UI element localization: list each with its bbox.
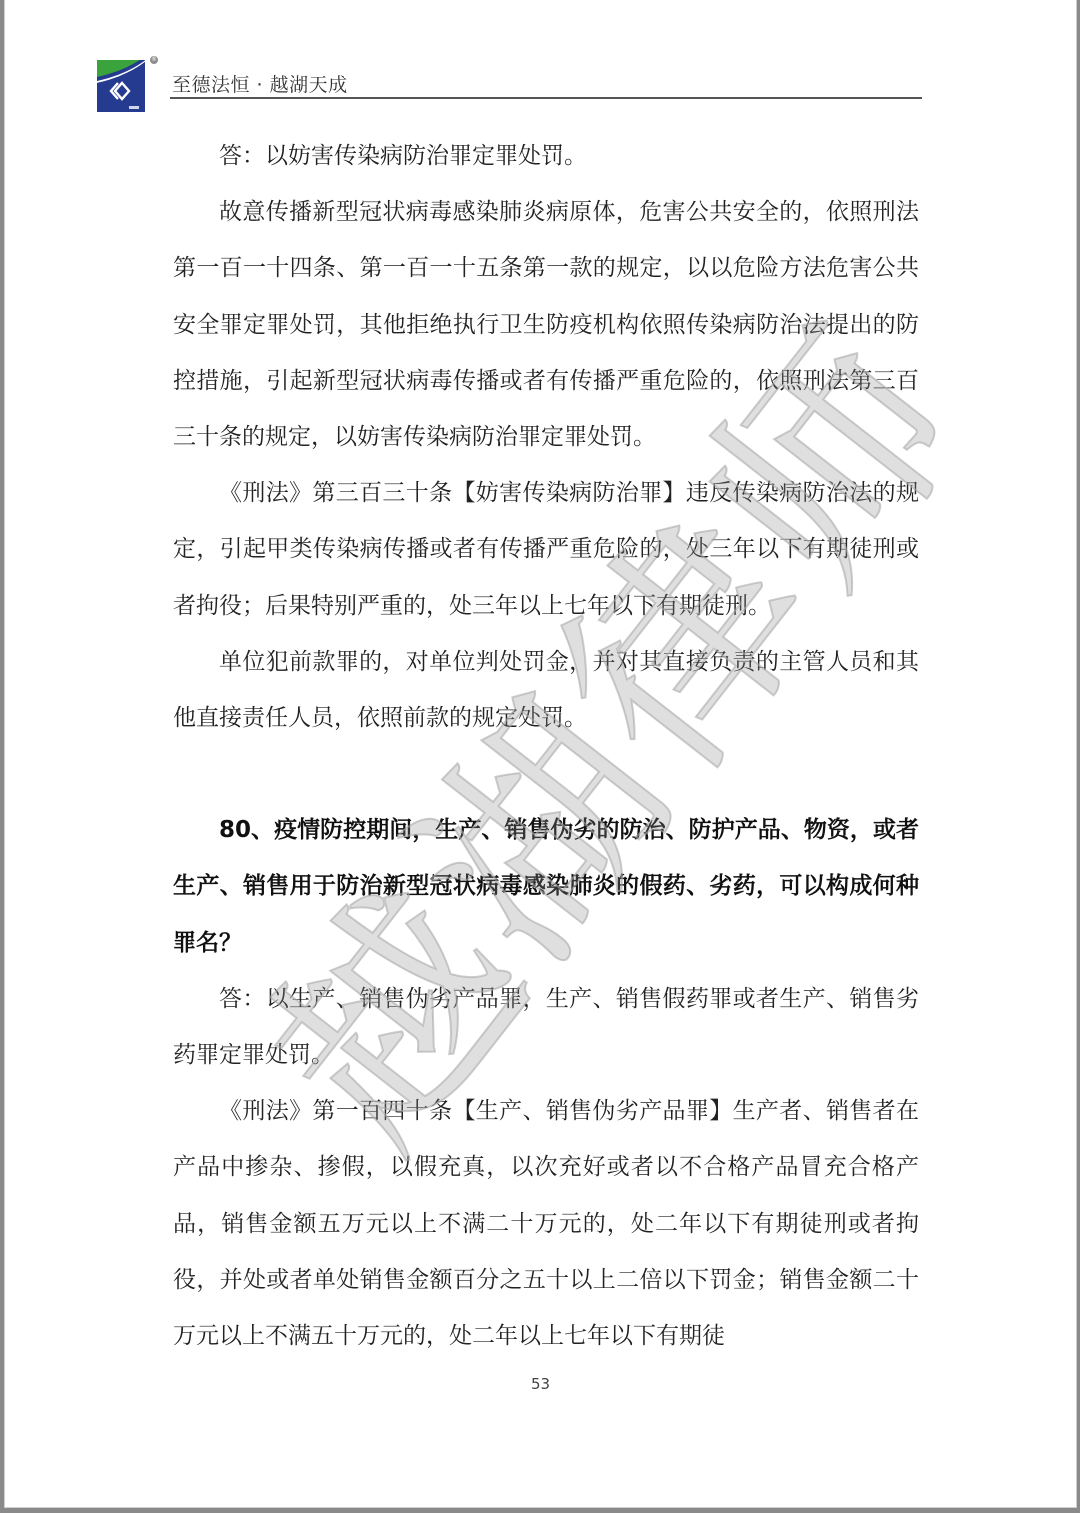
question-heading: 80、疫情防控期间，生产、销售伪劣的防治、防护产品、物资，或者生产、销售用于防治… [173,802,919,971]
answer-paragraph: 答：以生产、销售伪劣产品罪，生产、销售假药罪或者生产、销售劣药罪定罪处罚。 [173,971,919,1083]
page-header: ® 至德法恒 · 越湖天成 [5,0,1076,110]
document-body: 答：以妨害传染病防治罪定罪处罚。 故意传播新型冠状病毒感染肺炎病原体，危害公共安… [173,128,919,1364]
law-article-paragraph: 《刑法》第三百三十条【妨害传染病防治罪】违反传染病防治法的规定，引起甲类传染病传… [173,465,919,634]
body-paragraph: 故意传播新型冠状病毒感染肺炎病原体，危害公共安全的，依照刑法第一百一十四条、第一… [173,184,919,465]
section-gap [173,746,919,802]
header-divider [170,97,922,99]
page-number: 53 [5,1375,1076,1393]
answer-paragraph: 答：以妨害传染病防治罪定罪处罚。 [173,128,919,184]
registered-mark: ® [150,56,158,64]
body-paragraph: 单位犯前款罪的，对单位判处罚金，并对其直接负责的主管人员和其他直接责任人员，依照… [173,634,919,746]
logo-caption [129,106,139,109]
logo-diamond-mark-icon [109,80,131,102]
firm-logo-icon [97,60,145,112]
header-title: 至德法恒 · 越湖天成 [172,70,348,97]
law-article-paragraph: 《刑法》第一百四十条【生产、销售伪劣产品罪】生产者、销售者在产品中掺杂、掺假，以… [173,1083,919,1364]
document-page: ® 至德法恒 · 越湖天成 答：以妨害传染病防治罪定罪处罚。 故意传播新型冠状病… [4,0,1077,1508]
